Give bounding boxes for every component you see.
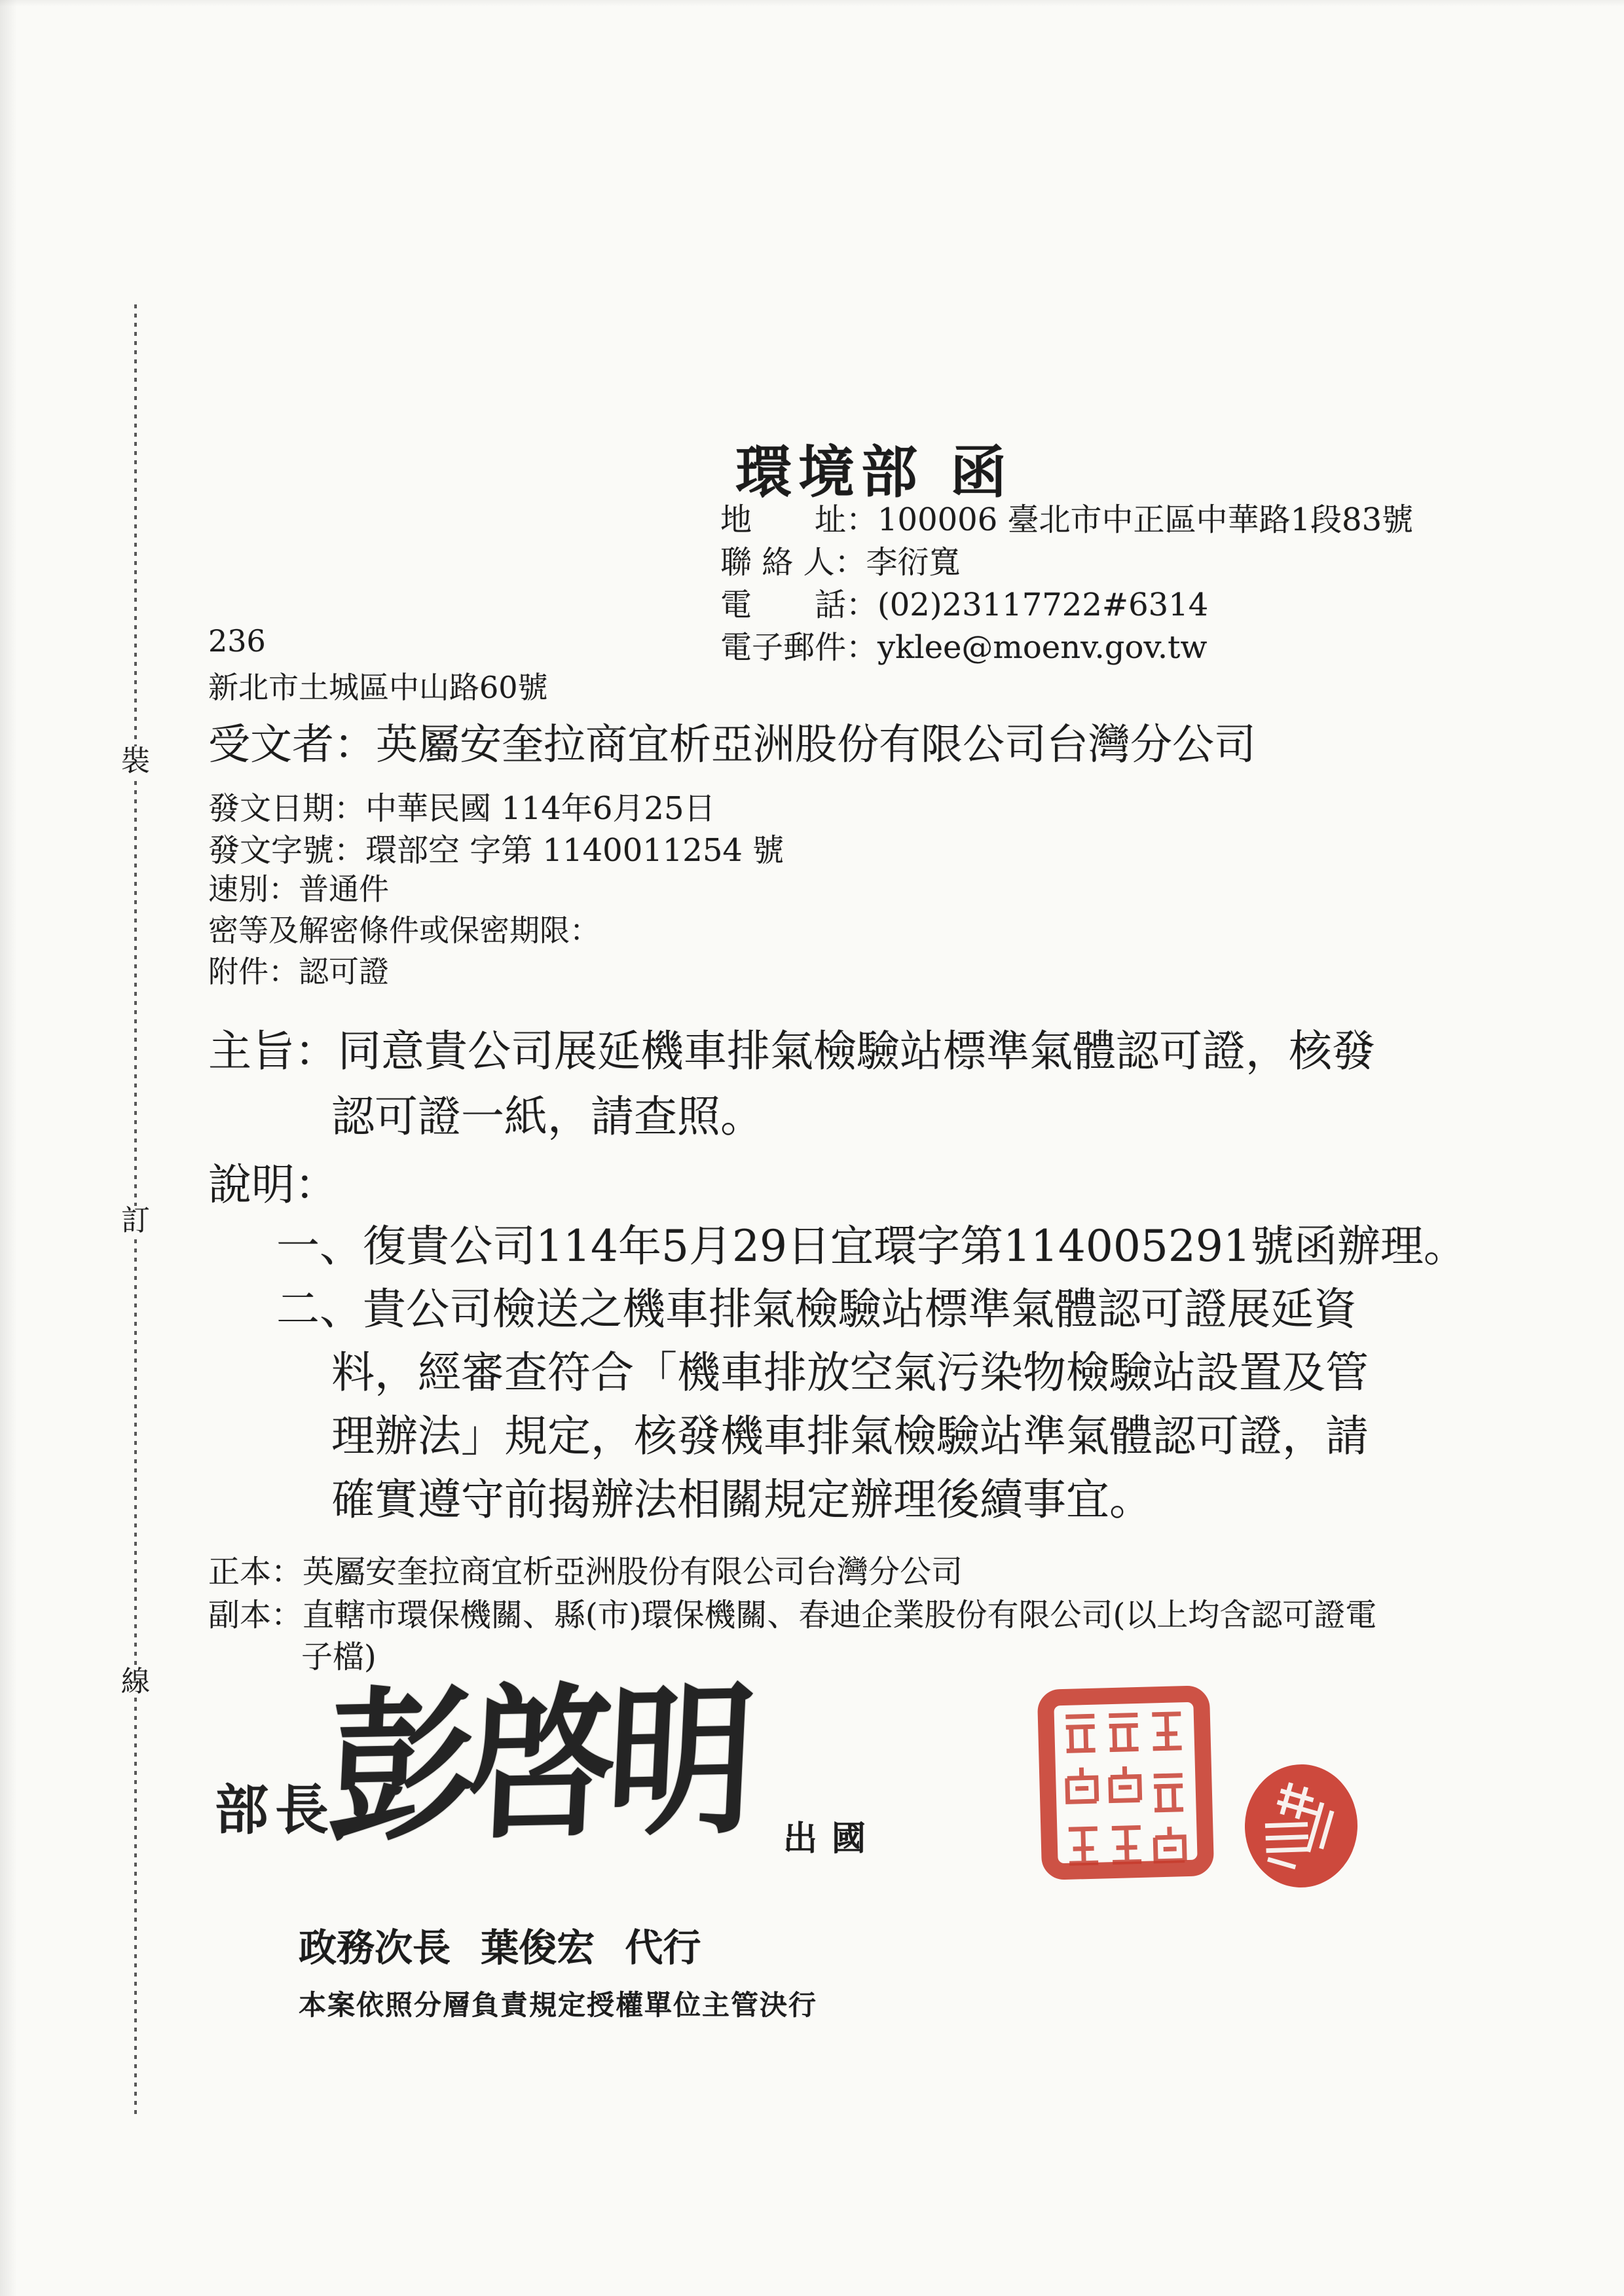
- official-square-seal-stamp: [1036, 1685, 1215, 1882]
- explanation-item-2-line-3: 理辦法」規定，核發機車排氣檢驗站準氣體認可證，請: [331, 1401, 1369, 1463]
- sender-email-row: 電子郵件：yklee@moenv.gov.tw: [720, 627, 1413, 669]
- attachment-row: 附件：認可證: [208, 948, 389, 991]
- issue-number-row: 發文字號：環部空 字第 1140011254 號: [208, 825, 784, 870]
- priority-row: 速別：普通件: [208, 866, 389, 909]
- official-round-seal-stamp: [1237, 1758, 1366, 1895]
- issue-date-value: 中華民國 114年6月25日: [365, 790, 716, 827]
- minister-signature-calligraphy: 彭啓明: [325, 1678, 750, 1850]
- minister-title: 部長: [215, 1768, 335, 1844]
- sender-info-block: 地 址：100006 臺北市中正區中華路1段83號 聯 絡 人：李衍寬 電 話：…: [720, 499, 1413, 669]
- original-copy-row: 正本：英屬安奎拉商宜析亞洲股份有限公司台灣分公司: [208, 1546, 963, 1592]
- cc-copy-row: 副本：直轄市環保機關、縣(市)環保機關、春迪企業股份有限公司(以上均含認可證電: [208, 1590, 1376, 1635]
- scan-edge-shadow-top: [0, 0, 1624, 7]
- priority-value: 普通件: [299, 871, 389, 907]
- cc-copy-row-wrap: 子檔): [301, 1631, 377, 1677]
- explanation-item-2-line-1: 二、貴公司檢送之機車排氣檢驗站標準氣體認可證展延資: [276, 1274, 1357, 1336]
- explanation-item-1: 一、復貴公司114年5月29日宜環字第114005291號函辦理。: [276, 1211, 1467, 1273]
- binding-mark-xian: 線: [110, 1667, 161, 1697]
- sender-email-value: yklee@moenv.gov.tw: [877, 629, 1207, 666]
- subject-text-1: 同意貴公司展延機車排氣檢驗站標準氣體認可證，核發: [338, 1026, 1375, 1076]
- cc-copy-label: 副本：: [208, 1597, 303, 1633]
- original-copy-value: 英屬安奎拉商宜析亞洲股份有限公司台灣分公司: [303, 1554, 963, 1590]
- square-seal-icon: [1036, 1685, 1215, 1882]
- binding-mark-ding: 訂: [110, 1206, 161, 1236]
- sender-address-value: 100006 臺北市中正區中華路1段83號: [877, 501, 1413, 538]
- deputy-minister-line: 政務次長 葉俊宏 代行: [299, 1917, 701, 1972]
- issue-date-row: 發文日期：中華民國 114年6月25日: [208, 783, 716, 828]
- subject-line-2: 認可證一紙，請查照。: [331, 1082, 764, 1144]
- sender-address-label: 地 址：: [720, 501, 877, 538]
- sender-phone-row: 電 話：(02)23117722#6314: [720, 584, 1413, 627]
- sender-address-row: 地 址：100006 臺北市中正區中華路1段83號: [720, 499, 1413, 541]
- scanned-official-letter-page: 裝 訂 線 環境部 函 地 址：100006 臺北市中正區中華路1段83號 聯 …: [0, 0, 1624, 2296]
- sender-email-label: 電子郵件：: [720, 629, 877, 666]
- sender-contact-label: 聯 絡 人：: [720, 544, 866, 581]
- security-row: 密等及解密條件或保密期限：: [208, 907, 600, 950]
- sender-contact-row: 聯 絡 人：李衍寬: [720, 541, 1413, 584]
- issue-number-value: 環部空 字第 1140011254 號: [365, 832, 784, 869]
- recipient-name: 英屬安奎拉商宜析亞洲股份有限公司台灣分公司: [376, 721, 1256, 769]
- cc-copy-value-1: 直轄市環保機關、縣(市)環保機關、春迪企業股份有限公司(以上均含認可證電: [303, 1597, 1376, 1633]
- recipient-label: 受文者：: [208, 721, 376, 769]
- round-seal-icon: [1237, 1758, 1366, 1895]
- document-title: 環境部 函: [681, 427, 1067, 508]
- issue-number-label: 發文字號：: [208, 832, 365, 869]
- subject-line-1: 主旨：同意貴公司展延機車排氣檢驗站標準氣體認可證，核發: [208, 1016, 1375, 1078]
- minister-status-note: 出國: [783, 1811, 880, 1860]
- attachment-label: 附件：: [208, 954, 299, 989]
- sender-phone-label: 電 話：: [720, 587, 877, 623]
- sender-phone-value: (02)23117722#6314: [877, 587, 1208, 623]
- binding-mark-zhuang: 裝: [110, 746, 161, 776]
- recipient-postal-code: 236: [208, 623, 266, 659]
- sender-contact-value: 李衍寬: [866, 544, 961, 581]
- attachment-value: 認可證: [299, 954, 389, 989]
- recipient-row: 受文者：英屬安奎拉商宜析亞洲股份有限公司台灣分公司: [208, 711, 1256, 771]
- issue-date-label: 發文日期：: [208, 790, 365, 827]
- authorization-note: 本案依照分層負責規定授權單位主管決行: [299, 1984, 817, 2023]
- recipient-street-address: 新北市土城區中山路60號: [208, 664, 548, 707]
- subject-label: 主旨：: [208, 1026, 338, 1076]
- explanation-item-2-line-4: 確實遵守前揭辦法相關規定辦理後續事宜。: [331, 1465, 1153, 1527]
- original-copy-label: 正本：: [208, 1554, 303, 1590]
- explanation-item-2-line-2: 料，經審查符合「機車排放空氣污染物檢驗站設置及管: [331, 1338, 1369, 1400]
- priority-label: 速別：: [208, 871, 299, 907]
- explanation-heading: 說明：: [208, 1150, 338, 1212]
- scan-edge-shadow: [0, 0, 17, 2296]
